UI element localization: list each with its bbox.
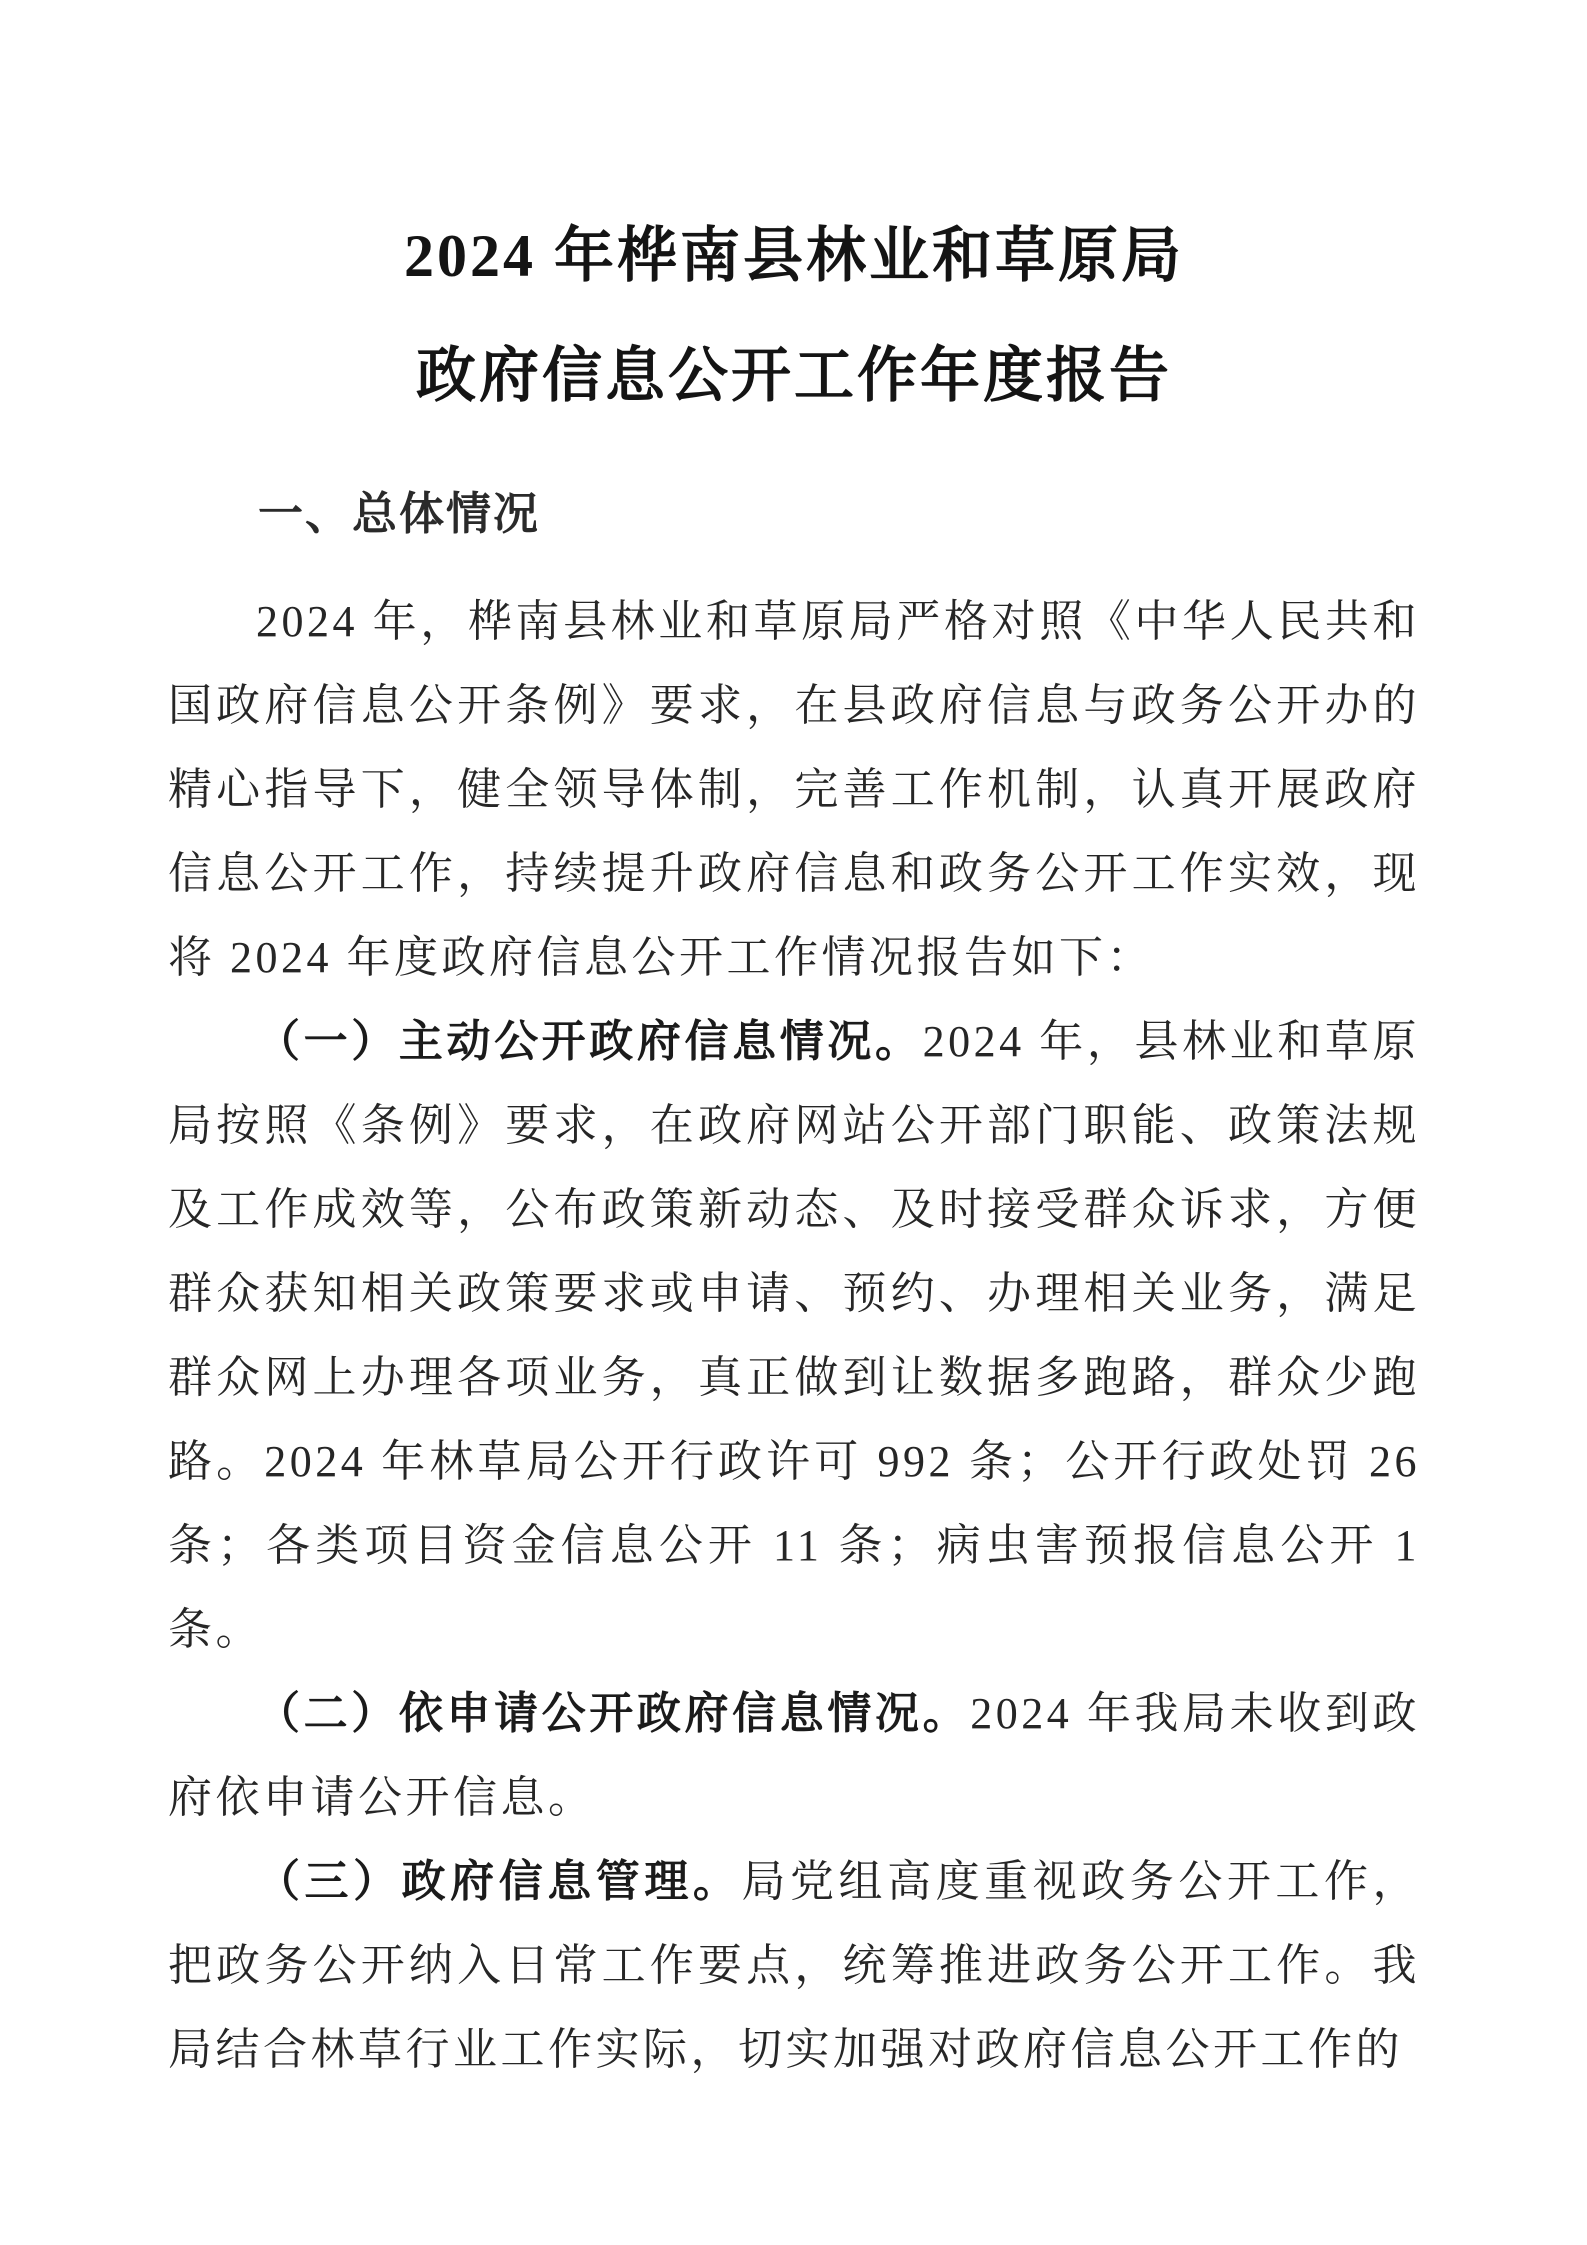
paragraph-text: 2024 年，桦南县林业和草原局严格对照《中华人民共和国政府信息公开条例》要求，…	[168, 597, 1420, 982]
document-title-line-2: 政府信息公开工作年度报告	[168, 316, 1420, 436]
paragraph-bold-lead: （一）主动公开政府信息情况。	[256, 1017, 923, 1066]
document-title-line-1: 2024 年桦南县林业和草原局	[168, 196, 1420, 316]
section-heading-overall-situation: 一、总体情况	[168, 486, 1420, 542]
paragraph-text: 2024 年，县林业和草原局按照《条例》要求，在政府网站公开部门职能、政策法规及…	[168, 1017, 1420, 1654]
paragraph: （二）依申请公开政府信息情况。2024 年我局未收到政府依申请公开信息。	[168, 1672, 1420, 1840]
document-page: 2024 年桦南县林业和草原局 政府信息公开工作年度报告 一、总体情况 2024…	[0, 0, 1587, 2245]
paragraph-bold-lead: （三）政府信息管理。	[256, 1857, 741, 1906]
document-title: 2024 年桦南县林业和草原局 政府信息公开工作年度报告	[168, 196, 1420, 436]
paragraph: 2024 年，桦南县林业和草原局严格对照《中华人民共和国政府信息公开条例》要求，…	[168, 580, 1420, 1000]
document-body: 2024 年，桦南县林业和草原局严格对照《中华人民共和国政府信息公开条例》要求，…	[168, 580, 1420, 2092]
paragraph: （三）政府信息管理。局党组高度重视政务公开工作，把政务公开纳入日常工作要点，统筹…	[168, 1840, 1420, 2092]
paragraph: （一）主动公开政府信息情况。2024 年，县林业和草原局按照《条例》要求，在政府…	[168, 1000, 1420, 1672]
paragraph-bold-lead: （二）依申请公开政府信息情况。	[256, 1689, 970, 1738]
